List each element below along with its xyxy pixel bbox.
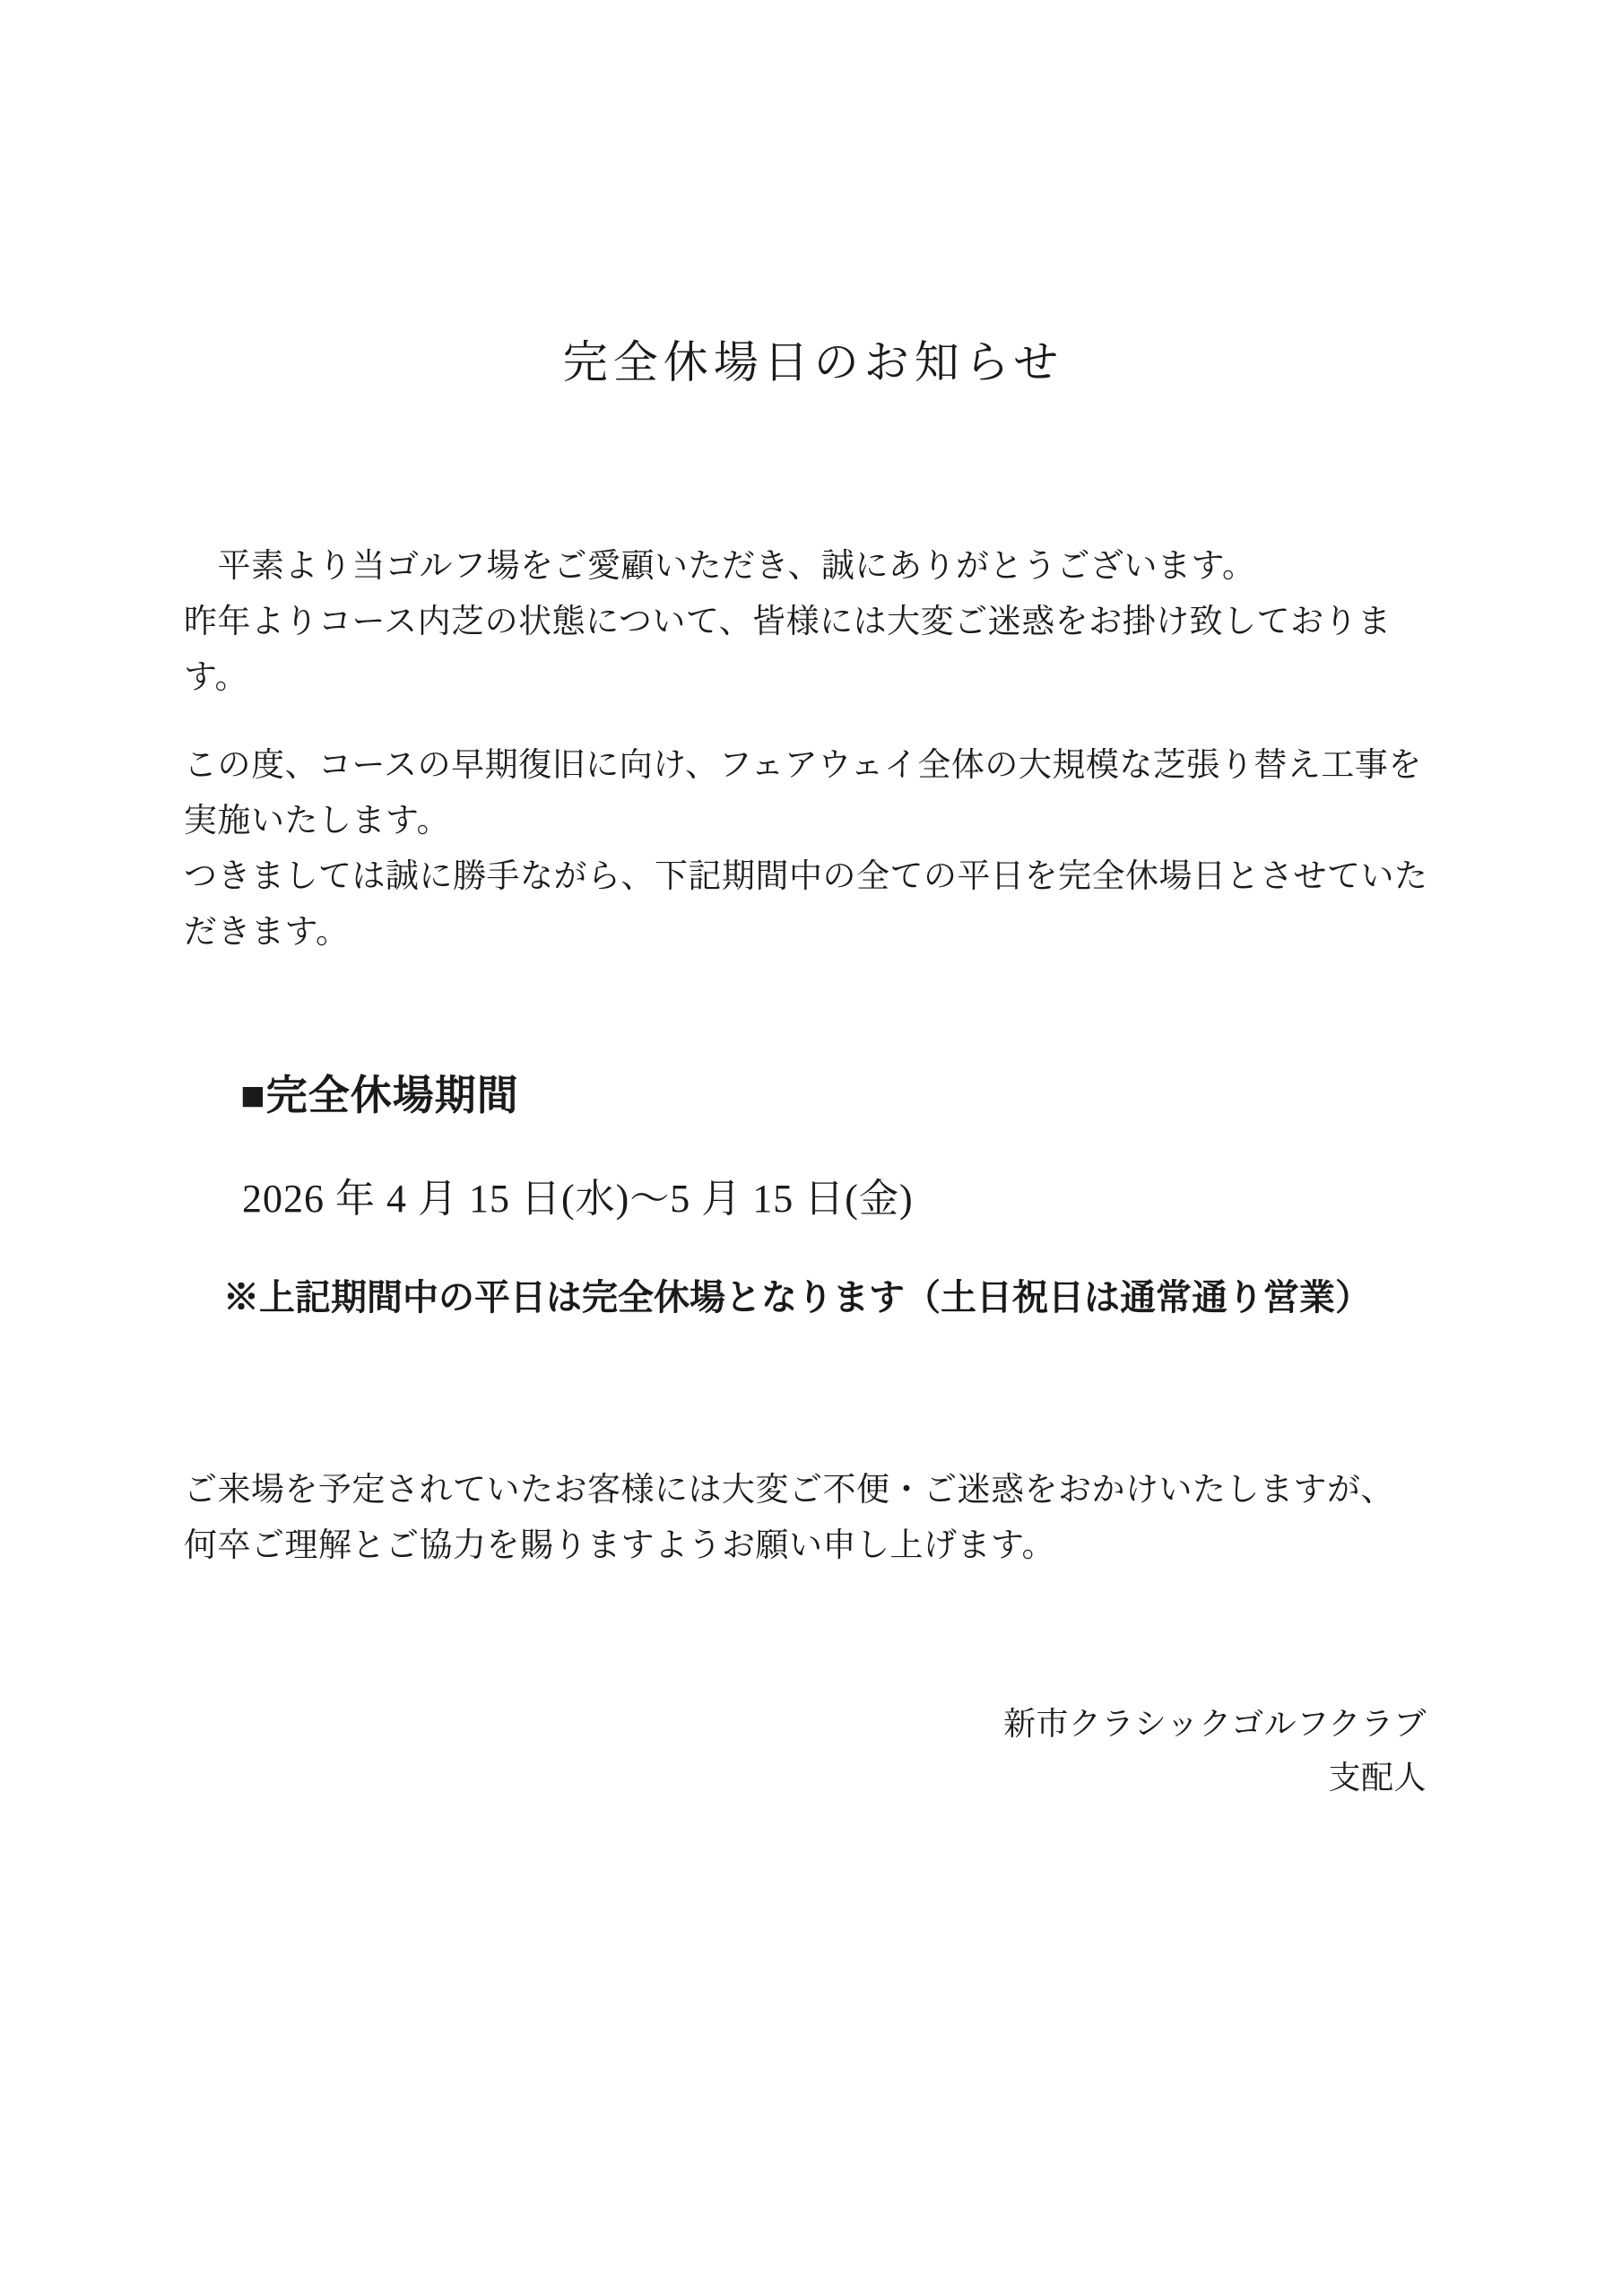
closure-period-note: ※上記期間中の平日は完全休場となります（土日祝日は通常通り営業） <box>223 1273 1443 1323</box>
closure-period-heading: ■完全休場期間 <box>240 1067 1443 1125</box>
notice-document-page: 完全休場日のお知らせ 平素より当ゴルフ場をご愛顧いただき、誠にありがとうございま… <box>0 0 1622 2296</box>
greeting-paragraph: 平素より当ゴルフ場をご愛顧いただき、誠にありがとうございます。 昨年よりコース内… <box>184 539 1443 706</box>
body-line: だきます。 <box>184 905 1443 961</box>
page-title: 完全休場日のお知らせ <box>184 332 1443 393</box>
greeting-line: 平素より当ゴルフ場をご愛顧いただき、誠にありがとうございます。 <box>184 539 1443 595</box>
closing-paragraph: ご来場を予定されていたお客様には大変ご不便・ご迷惑をおかけいたしますが、 何卒ご… <box>184 1463 1443 1574</box>
body-line: 実施いたします。 <box>184 794 1443 849</box>
greeting-line: 昨年よりコース内芝の状態について、皆様には大変ご迷惑をお掛け致しております。 <box>184 595 1443 706</box>
body-paragraph: この度、コースの早期復旧に向け、フェアウェイ全体の大規模な芝張り替え工事を 実施… <box>184 738 1443 961</box>
signature-role: 支配人 <box>184 1751 1427 1805</box>
closing-line: 何卒ご理解とご協力を賜りますようお願い申し上げます。 <box>184 1518 1443 1574</box>
body-line: つきましては誠に勝手ながら、下記期間中の全ての平日を完全休場日とさせていた <box>184 849 1443 905</box>
closure-period-dates: 2026 年 4 月 15 日(水)～5 月 15 日(金) <box>242 1172 1443 1226</box>
signature-organization: 新市クラシックゴルフクラブ <box>184 1697 1427 1751</box>
signature-block: 新市クラシックゴルフクラブ 支配人 <box>184 1697 1443 1805</box>
closing-line: ご来場を予定されていたお客様には大変ご不便・ご迷惑をおかけいたしますが、 <box>184 1463 1443 1518</box>
body-line: この度、コースの早期復旧に向け、フェアウェイ全体の大規模な芝張り替え工事を <box>184 738 1443 794</box>
